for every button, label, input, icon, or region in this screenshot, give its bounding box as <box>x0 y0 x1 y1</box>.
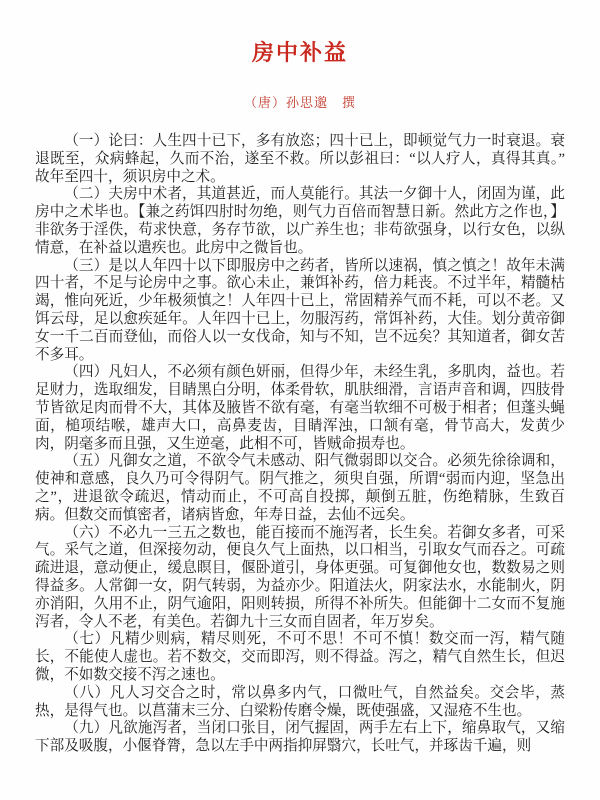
paragraph: （九）凡欲施泻者，当闭口张目，闭气握固，两手左右上下，缩鼻取气，又缩下部及吸腹，… <box>35 720 565 756</box>
paragraph: （一）论曰：人生四十已下，多有放恣；四十已上，即顿觉气力一时衰退。衰退既至，众病… <box>35 133 565 186</box>
page-title: 房中补益 <box>0 0 600 67</box>
paragraph: （五）凡御女之道，不欲令气未感动、阳气微弱即以交合。必须先徐徐调和，使神和意感，… <box>35 453 565 524</box>
paragraph: （八）凡人习交合之时，常以鼻多内气，口微吐气，自然益矣。交会毕，蒸热，是得气也。… <box>35 685 565 721</box>
document-body: （一）论曰：人生四十已下，多有放恣；四十已上，即顿觉气力一时衰退。衰退既至，众病… <box>35 133 565 756</box>
document-page: 房中补益 （唐）孙思邈 撰 （一）论曰：人生四十已下，多有放恣；四十已上，即顿觉… <box>0 0 600 800</box>
author-line: （唐）孙思邈 撰 <box>0 67 600 111</box>
paragraph: （六）不必九一三五之数也，能百接而不施泻者，长生矣。若御女多者，可采气。采气之道… <box>35 525 565 632</box>
paragraph: （二）夫房中术者，其道甚近，而人莫能行。其法一夕御十人，闭固为谨，此房中之术毕也… <box>35 186 565 257</box>
paragraph: （三）是以人年四十以下即服房中之药者，皆所以速祸，慎之慎之！故年未满四十者，不足… <box>35 258 565 365</box>
paragraph: （四）凡妇人，不必须有颜色妍丽，但得少年，未经生乳，多肌肉，益也。若足财力，选取… <box>35 364 565 453</box>
paragraph: （七）凡精少则病，精尽则死，不可不思！不可不慎！数交而一泻，精气随长，不能使人虚… <box>35 631 565 684</box>
